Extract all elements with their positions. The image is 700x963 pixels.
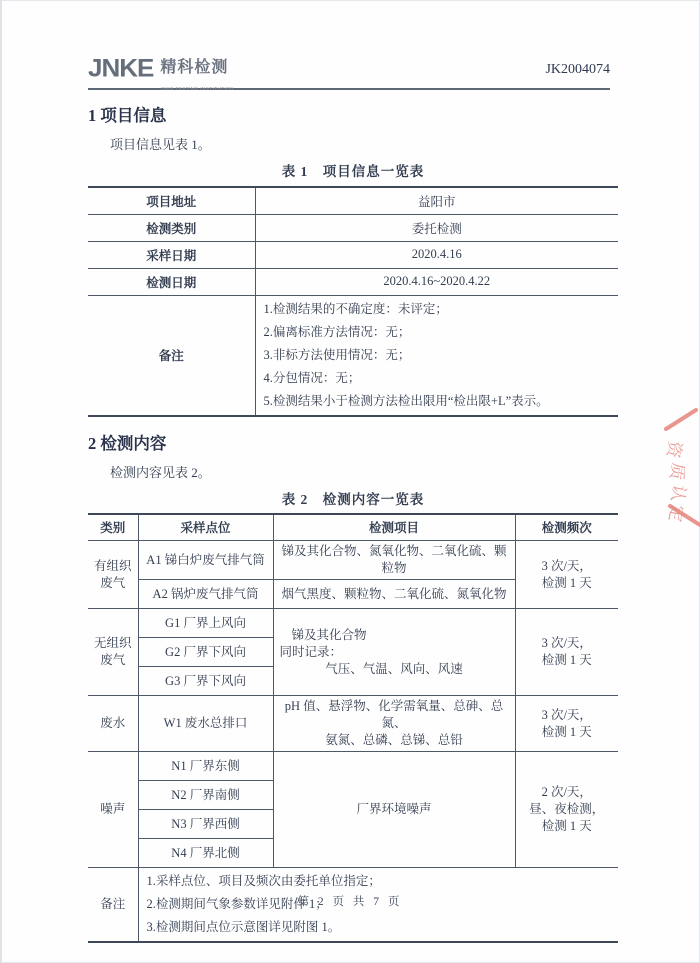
company-logo: JNKE 精科检测 JNKE TESTING INSTITUTION [88, 56, 234, 95]
logo-tagline: JNKE TESTING INSTITUTION [160, 86, 234, 91]
point-cell: N4 厂界北侧 [138, 839, 273, 868]
items-line: 气压、气温、风向、风速 [278, 661, 511, 678]
point-cell: W1 废水总排口 [138, 696, 273, 752]
section2-heading: 2 检测内容 [88, 417, 700, 454]
row-label: 检测类别 [88, 214, 255, 241]
point-cell: G3 厂界下风向 [138, 667, 273, 696]
remark-line: 3.检测期间点位示意图详见附图 1。 [147, 916, 615, 939]
project-info-table: 项目地址 益阳市 检测类别 委托检测 采样日期 2020.4.16 检测日期 2… [88, 186, 618, 417]
point-cell: G2 厂界下风向 [138, 638, 273, 667]
section2-intro: 检测内容见表 2。 [110, 462, 700, 481]
remark-line: 4.分包情况：无； [264, 367, 615, 390]
remark-line: 3.非标方法使用情况：无； [264, 344, 615, 367]
frequency-cell: 3 次/天， 检测 1 天 [515, 696, 618, 752]
remark-line: 1.采样点位、项目及频次由委托单位指定； [147, 870, 615, 893]
frequency-line: 检测 1 天 [520, 724, 615, 741]
table-header-row: 类别 采样点位 检测项目 检测频次 [88, 514, 618, 541]
category-line: 废气 [92, 575, 134, 592]
scanned-report-page: JNKE 精科检测 JNKE TESTING INSTITUTION JK200… [0, 0, 700, 963]
section1-intro: 项目信息见表 1。 [110, 134, 700, 153]
frequency-line: 3 次/天， [520, 707, 615, 724]
category-line: 废气 [92, 652, 134, 669]
red-seal-icon: 资 质 认 定 [652, 405, 700, 530]
row-value: 2020.4.16 [255, 241, 618, 268]
remark-label: 备注 [88, 295, 255, 416]
table-row: 项目地址 益阳市 [88, 187, 618, 214]
table-row: 采样日期 2020.4.16 [88, 241, 618, 268]
point-cell: N3 厂界西侧 [138, 810, 273, 839]
items-line: 氨氮、总磷、总锑、总铅 [278, 732, 511, 749]
table-row: 无组织 废气 G1 厂界上风向 锑及其化合物 同时记录： 气压、气温、风向、风速… [88, 609, 618, 638]
row-label: 项目地址 [88, 187, 255, 214]
page-header: JNKE 精科检测 JNKE TESTING INSTITUTION JK200… [88, 56, 610, 90]
seal-char: 认 [667, 483, 689, 503]
col-header-items: 检测项目 [273, 514, 515, 541]
seal-char: 质 [666, 461, 688, 481]
remark-line: 2.偏离标准方法情况：无； [264, 321, 615, 344]
monitoring-content-table: 类别 采样点位 检测项目 检测频次 有组织 废气 A1 锑白炉废气排气筒 锑及其… [88, 513, 618, 944]
logo-chinese-name: 精科检测 [160, 59, 228, 76]
category-line: 无组织 [92, 635, 134, 652]
row-label: 检测日期 [88, 268, 255, 295]
point-cell: N2 厂界南侧 [138, 781, 273, 810]
category-cell: 无组织 废气 [88, 609, 138, 696]
table-row: 噪声 N1 厂界东侧 厂界环境噪声 2 次/天， 昼、夜检测， 检测 1 天 [88, 752, 618, 781]
items-cell: 烟气黑度、颗粒物、二氧化硫、氮氧化物 [273, 580, 515, 609]
frequency-line: 检测 1 天 [520, 575, 615, 592]
point-cell: A2 锅炉废气排气筒 [138, 580, 273, 609]
logo-brand-text: JNKE [88, 57, 153, 80]
items-line: 锑及其化合物 [278, 627, 511, 644]
table2-caption: 表 2 检测内容一览表 [88, 488, 618, 508]
frequency-line: 2 次/天， [520, 784, 615, 801]
items-cell: 锑及其化合物 同时记录： 气压、气温、风向、风速 [273, 609, 515, 696]
row-value: 益阳市 [255, 187, 618, 214]
items-cell: 厂界环境噪声 [273, 752, 515, 868]
frequency-cell: 2 次/天， 昼、夜检测， 检测 1 天 [515, 752, 618, 868]
frequency-cell: 3 次/天， 检测 1 天 [515, 609, 618, 696]
col-header-point: 采样点位 [138, 514, 273, 541]
document-number: JK2004074 [545, 56, 610, 78]
seal-char: 资 [663, 439, 685, 460]
col-header-frequency: 检测频次 [515, 514, 618, 541]
row-label: 采样日期 [88, 241, 255, 268]
category-cell: 废水 [88, 696, 138, 752]
category-line: 有组织 [92, 558, 134, 575]
remark-line: 5.检测结果小于检测方法检出限用“检出限+L”表示。 [264, 390, 615, 413]
remark-content: 1.检测结果的不确定度：未评定； 2.偏离标准方法情况：无； 3.非标方法使用情… [255, 295, 618, 416]
table-row: 检测类别 委托检测 [88, 214, 618, 241]
items-line: 同时记录： [278, 644, 511, 661]
frequency-cell: 3 次/天， 检测 1 天 [515, 541, 618, 609]
frequency-line: 3 次/天， [520, 635, 615, 652]
seal-char: 定 [665, 503, 687, 523]
table1-caption: 表 1 项目信息一览表 [88, 160, 618, 180]
category-cell: 噪声 [88, 752, 138, 868]
category-cell: 有组织 废气 [88, 541, 138, 609]
row-value: 委托检测 [255, 214, 618, 241]
point-cell: N1 厂界东侧 [138, 752, 273, 781]
table-row-remarks: 备注 1.检测结果的不确定度：未评定； 2.偏离标准方法情况：无； 3.非标方法… [88, 295, 618, 416]
col-header-category: 类别 [88, 514, 138, 541]
remark-line: 1.检测结果的不确定度：未评定； [264, 298, 615, 321]
red-seal-fragment: 资 质 认 定 [652, 405, 700, 530]
point-cell: G1 厂界上风向 [138, 609, 273, 638]
items-cell: 锑及其化合物、氮氧化物、二氧化硫、颗粒物 [273, 541, 515, 580]
table-row: 废水 W1 废水总排口 pH 值、悬浮物、化学需氧量、总砷、总氮、 氨氮、总磷、… [88, 696, 618, 752]
frequency-line: 检测 1 天 [520, 652, 615, 669]
frequency-line: 昼、夜检测， [520, 801, 615, 818]
row-value: 2020.4.16~2020.4.22 [255, 268, 618, 295]
items-line: pH 值、悬浮物、化学需氧量、总砷、总氮、 [278, 698, 511, 732]
page-number: 第 2 页 共 7 页 [0, 893, 700, 909]
table-row: 检测日期 2020.4.16~2020.4.22 [88, 268, 618, 295]
items-cell: pH 值、悬浮物、化学需氧量、总砷、总氮、 氨氮、总磷、总锑、总铅 [273, 696, 515, 752]
point-cell: A1 锑白炉废气排气筒 [138, 541, 273, 580]
frequency-line: 检测 1 天 [520, 818, 615, 835]
table-row: 有组织 废气 A1 锑白炉废气排气筒 锑及其化合物、氮氧化物、二氧化硫、颗粒物 … [88, 541, 618, 580]
frequency-line: 3 次/天， [520, 558, 615, 575]
logo-cn-block: 精科检测 JNKE TESTING INSTITUTION [160, 56, 234, 95]
